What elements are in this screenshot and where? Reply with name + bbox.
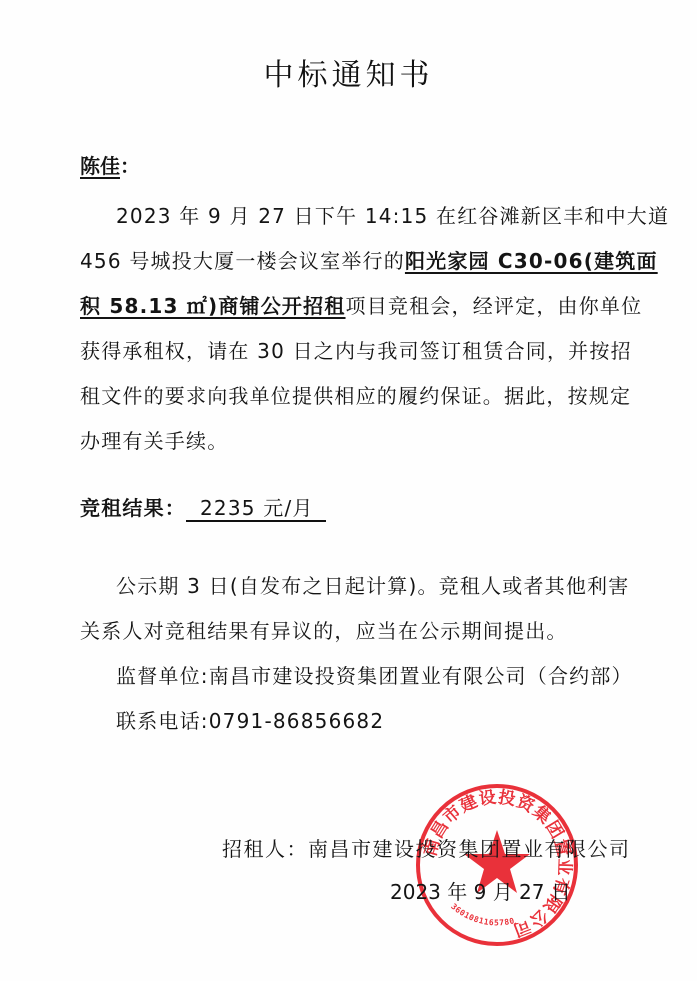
document-title: 中标通知书 — [0, 50, 697, 94]
salutation-colon: ： — [120, 154, 140, 178]
body-line: 租文件的要求向我单位提供相应的履约保证。据此，按规定 — [80, 380, 631, 409]
document-page: 中标通知书 陈佳： 2023 年 9 月 27 日下午 14:15 在红谷滩新区… — [0, 0, 697, 981]
lessor-signature: 招租人：南昌市建设投资集团置业有限公司 — [222, 833, 631, 862]
body-line: 2023 年 9 月 27 日下午 14:15 在红谷滩新区丰和中大道 — [116, 200, 669, 229]
lessor-company: 南昌市建设投资集团置业有限公司 — [308, 837, 631, 861]
supervisor-value: 南昌市建设投资集团置业有限公司（合约部） — [209, 664, 633, 688]
body-line: 456 号城投大厦一楼会议室举行的阳光家园 C30-06(建筑面 — [80, 245, 658, 274]
contact-label: 联系电话: — [116, 709, 209, 733]
supervisor-line: 监督单位:南昌市建设投资集团置业有限公司（合约部） — [116, 660, 633, 689]
contact-line: 联系电话:0791-86856682 — [116, 705, 384, 734]
recipient-name: 陈佳 — [80, 154, 120, 178]
body-text: 456 号城投大厦一楼会议室举行的 — [80, 249, 405, 273]
body-line: 积 58.13 ㎡)商铺公开招租项目竞租会，经评定，由你单位 — [80, 290, 642, 319]
contact-phone: 0791-86856682 — [209, 709, 385, 733]
bid-result-value: 2235 元/月 — [186, 496, 326, 522]
bid-result: 竞租结果：2235 元/月 — [80, 492, 326, 522]
svg-text:3601081165780: 3601081165780 — [449, 902, 515, 928]
seal-code: 3601081165780 — [449, 902, 515, 928]
project-name-underlined: 积 58.13 ㎡)商铺公开招租 — [80, 294, 346, 318]
project-name-underlined: 阳光家园 C30-06(建筑面 — [405, 249, 658, 273]
body-line: 关系人对竞租结果有异议的，应当在公示期间提出。 — [80, 615, 568, 644]
signature-date: 2023 年 9 月 27 日 — [390, 876, 571, 905]
salutation: 陈佳： — [80, 150, 140, 179]
bid-result-label: 竞租结果： — [80, 496, 186, 520]
supervisor-label: 监督单位: — [116, 664, 209, 688]
lessor-label: 招租人： — [222, 837, 308, 861]
body-text: 项目竞租会，经评定，由你单位 — [346, 294, 643, 318]
body-line: 获得承租权，请在 30 日之内与我司签订租赁合同，并按招 — [80, 335, 632, 364]
official-seal-stamp: 南昌市建设投资集团置业有限公司 3601081165780 — [414, 782, 580, 948]
body-line: 办理有关手续。 — [80, 425, 228, 454]
body-line: 公示期 3 日(自发布之日起计算)。竞租人或者其他利害 — [116, 570, 629, 599]
